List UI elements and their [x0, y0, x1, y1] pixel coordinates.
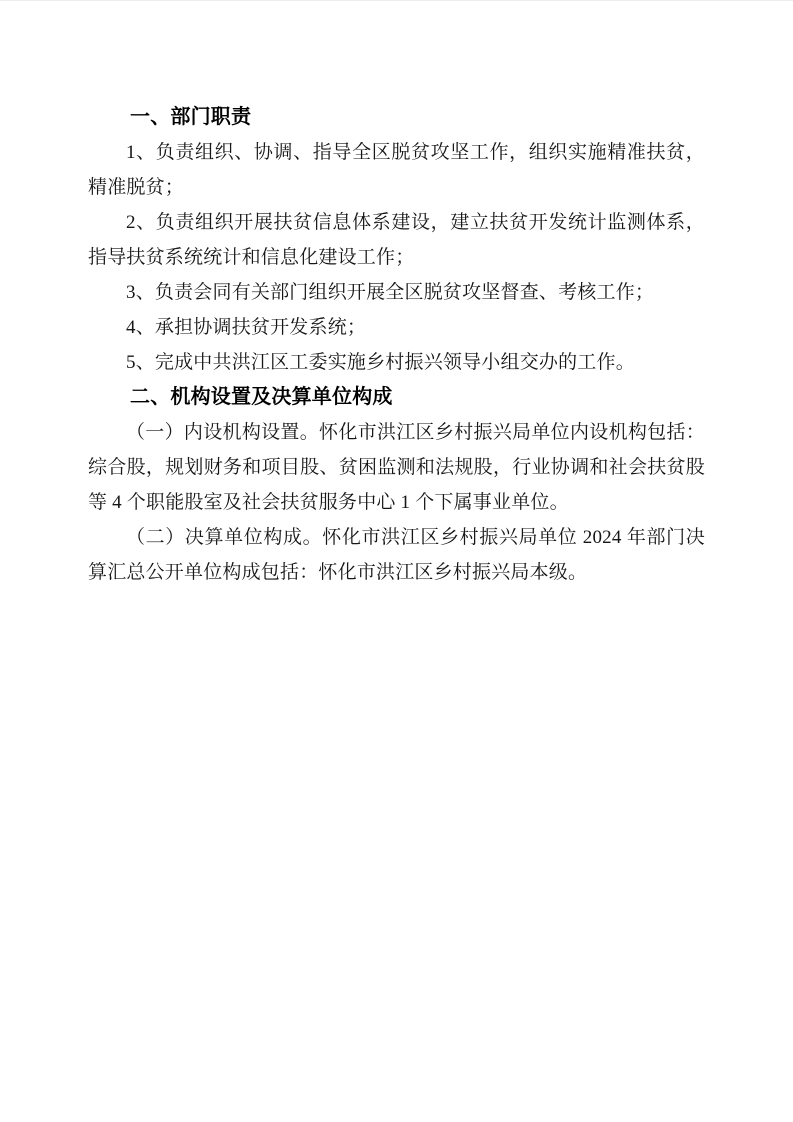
paragraph-line: 2、负责组织开展扶贫信息体系建设，建立扶贫开发统计监测体系， [88, 205, 705, 240]
paragraph-line: （二）决算单位构成。怀化市洪江区乡村振兴局单位 2024 年部门决 [88, 520, 705, 555]
document-body: 一、部门职责1、负责组织、协调、指导全区脱贫攻坚工作，组织实施精准扶贫，精准脱贫… [88, 100, 705, 590]
document-page: 一、部门职责1、负责组织、协调、指导全区脱贫攻坚工作，组织实施精准扶贫，精准脱贫… [0, 0, 793, 1122]
paragraph-line: 1、负责组织、协调、指导全区脱贫攻坚工作，组织实施精准扶贫， [88, 135, 705, 170]
paragraph-line: 算汇总公开单位构成包括：怀化市洪江区乡村振兴局本级。 [88, 555, 705, 590]
section-1-heading: 一、部门职责 [88, 100, 705, 135]
paragraph-line: 综合股，规划财务和项目股、贫困监测和法规股，行业协调和社会扶贫股 [88, 450, 705, 485]
paragraph-line: 5、完成中共洪江区工委实施乡村振兴领导小组交办的工作。 [88, 345, 705, 380]
paragraph-line: 精准脱贫； [88, 170, 705, 205]
paragraph-line: 等 4 个职能股室及社会扶贫服务中心 1 个下属事业单位。 [88, 485, 705, 520]
paragraph-line: （一）内设机构设置。怀化市洪江区乡村振兴局单位内设机构包括： [88, 415, 705, 450]
section-2-heading: 二、机构设置及决算单位构成 [88, 380, 705, 415]
page-top-hairline [0, 0, 793, 1]
paragraph-line: 指导扶贫系统统计和信息化建设工作； [88, 240, 705, 275]
paragraph-line: 4、承担协调扶贫开发系统； [88, 310, 705, 345]
paragraph-line: 3、负责会同有关部门组织开展全区脱贫攻坚督查、考核工作； [88, 275, 705, 310]
